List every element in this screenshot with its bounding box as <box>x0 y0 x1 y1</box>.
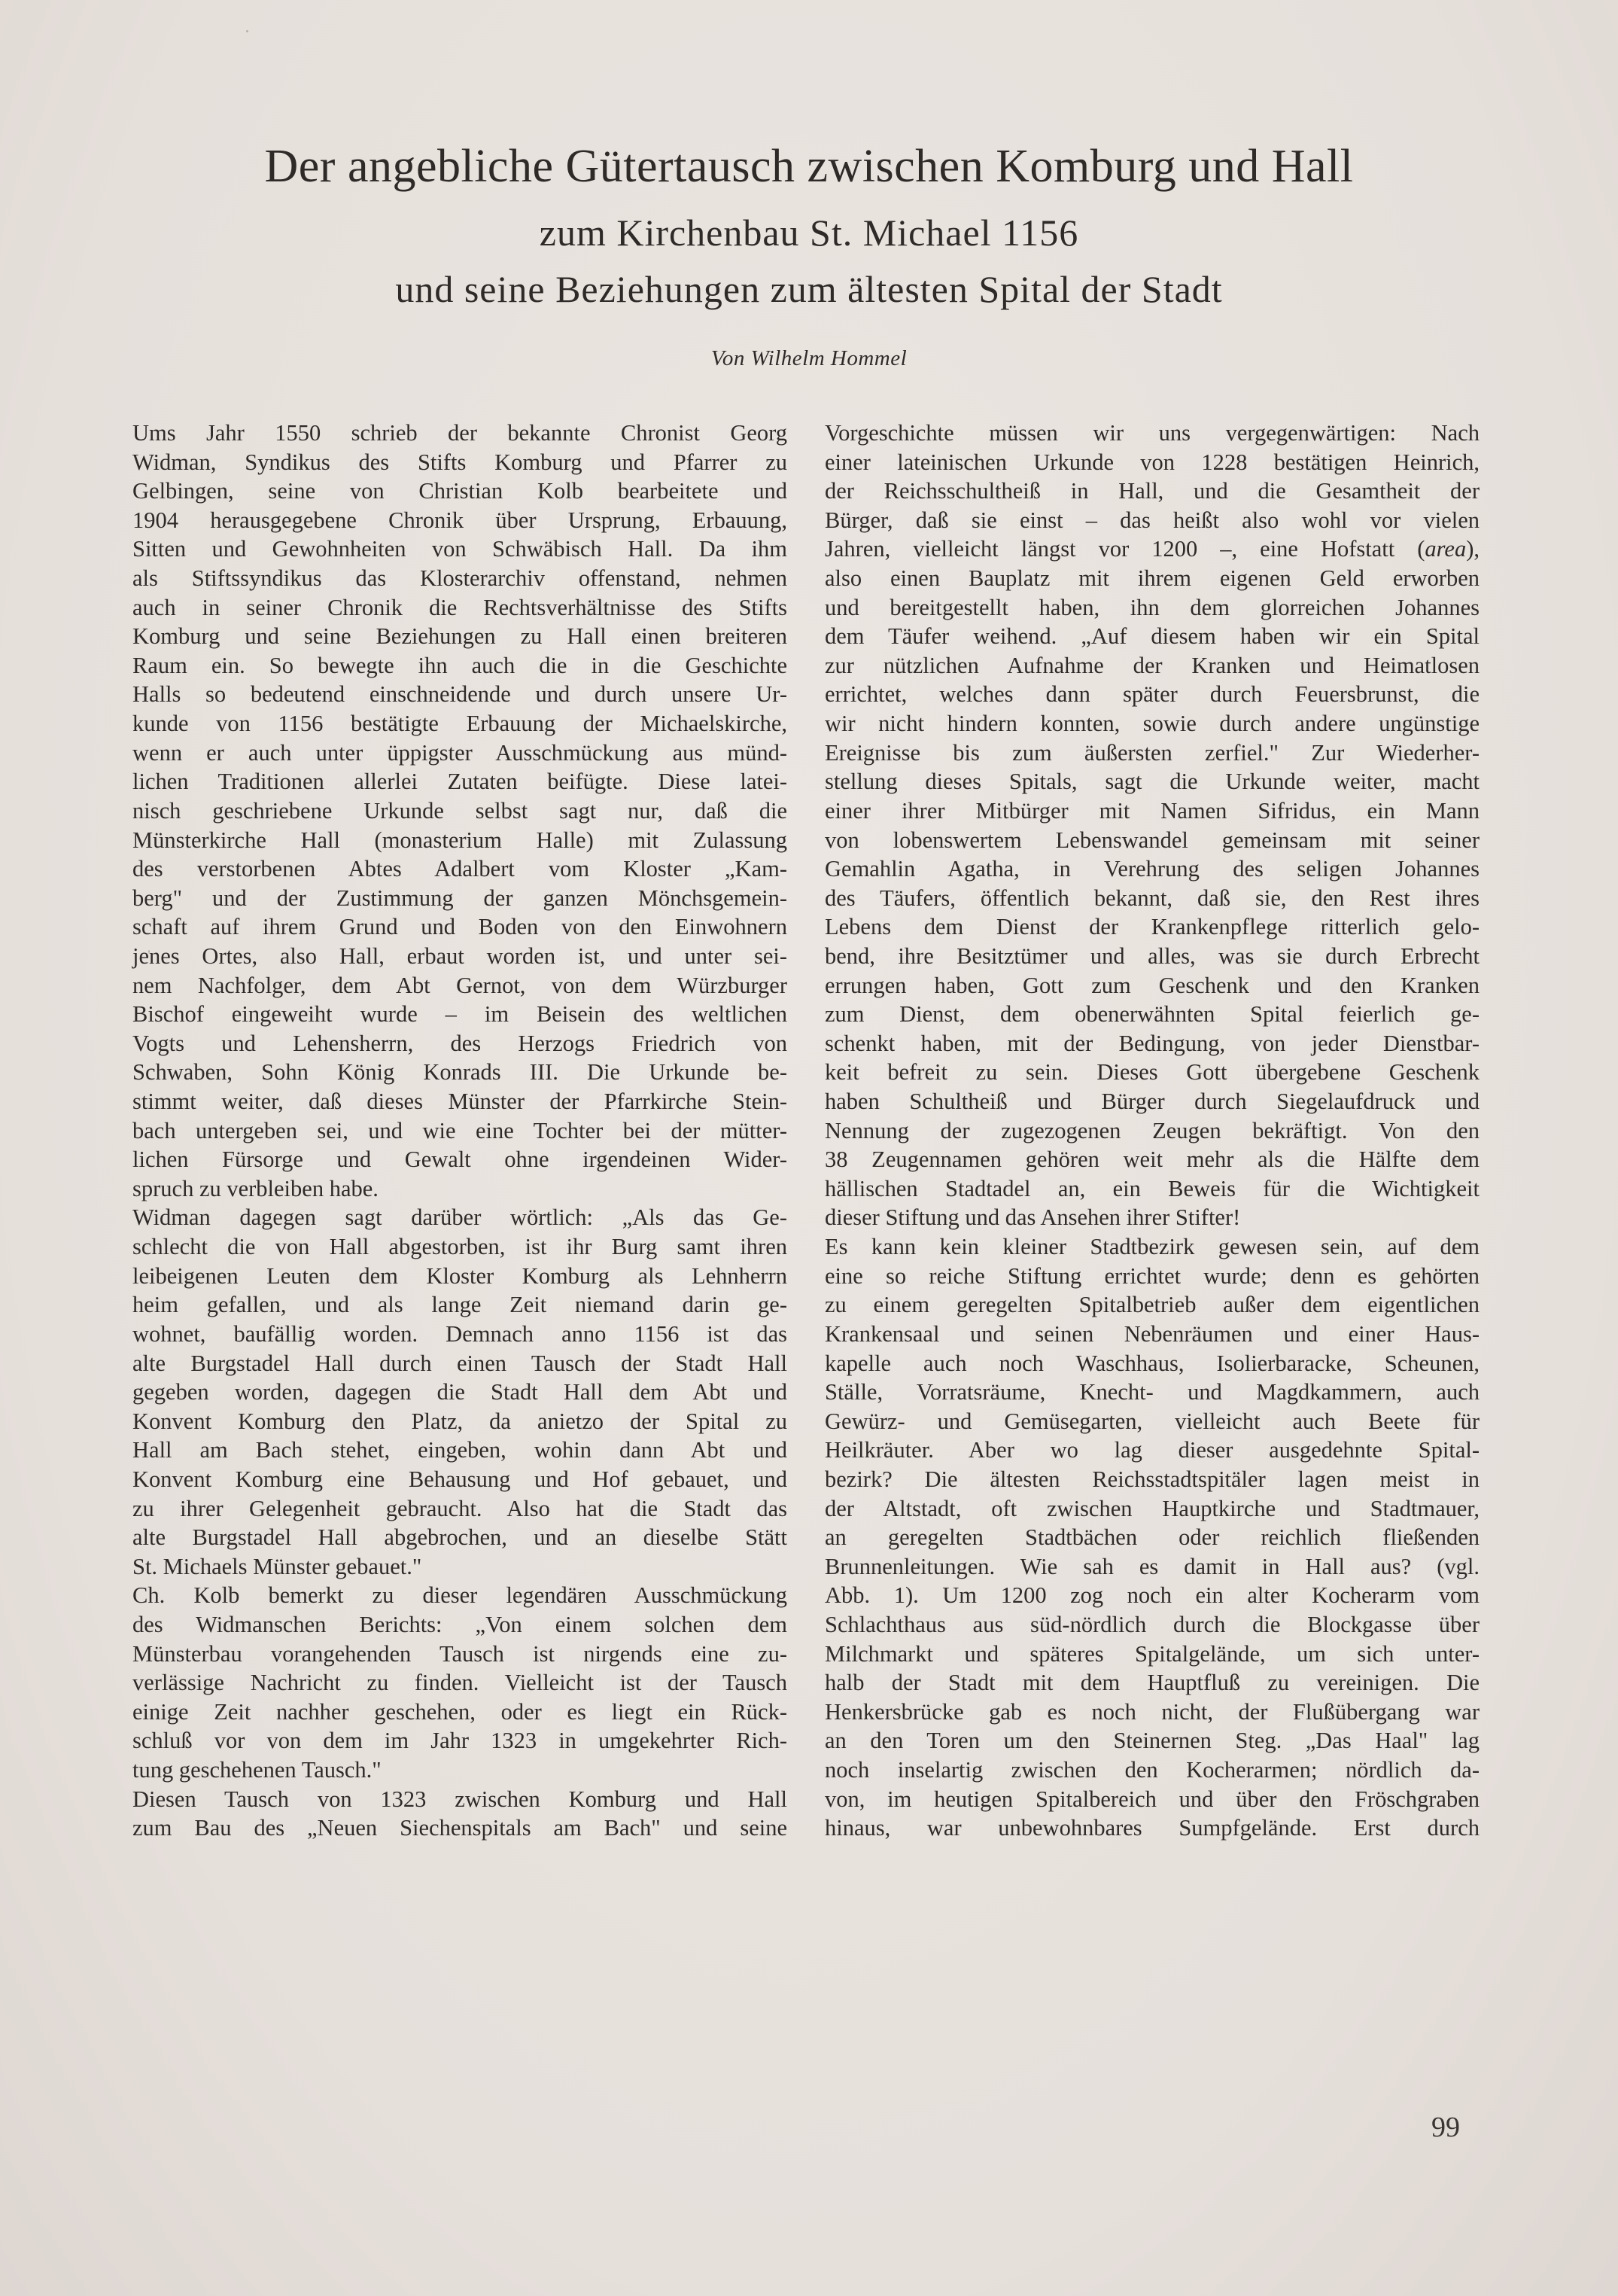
text-line: nisch geschriebene Urkunde selbst sagt n… <box>132 796 787 826</box>
text-line: der Altstadt, oft zwischen Hauptkirche u… <box>825 1494 1480 1524</box>
text-line: bend, ihre Besitztümer und alles, was si… <box>825 942 1480 971</box>
text-line: Vogts und Lehensherrn, des Herzogs Fried… <box>132 1029 787 1058</box>
text-line: noch inselartig zwischen den Kocherarmen… <box>825 1755 1480 1785</box>
text-line: Sitten und Gewohnheiten von Schwäbisch H… <box>132 534 787 564</box>
text-line: keit befreit zu sein. Dieses Gott überge… <box>825 1058 1480 1087</box>
text-line: schenkt haben, mit der Bedingung, von je… <box>825 1029 1480 1058</box>
text-line: heim gefallen, und als lange Zeit nieman… <box>132 1290 787 1320</box>
text-line: der Reichsschultheiß in Hall, und die Ge… <box>825 477 1480 506</box>
text-line: jenes Ortes, also Hall, erbaut worden is… <box>132 942 787 971</box>
text-line: hällischen Stadtadel an, ein Beweis für … <box>825 1174 1480 1204</box>
document-page: Der angebliche Gütertausch zwischen Komb… <box>0 0 1618 2296</box>
text-line: von, im heutigen Spitalbereich und über … <box>825 1785 1480 1814</box>
text-line: St. Michaels Münster gebauet." <box>132 1552 787 1582</box>
text-line: Widman dagegen sagt darüber wörtlich: „A… <box>132 1203 787 1232</box>
text-line: Münsterbau vorangehenden Tausch ist nirg… <box>132 1640 787 1669</box>
text-line: Gemahlin Agatha, in Verehrung des selige… <box>825 854 1480 884</box>
text-line: Schlachthaus aus süd-nördlich durch die … <box>825 1610 1480 1640</box>
text-line: von lobenswertem Lebenswandel gemeinsam … <box>825 826 1480 855</box>
text-line: Henkersbrücke gab es noch nicht, der Flu… <box>825 1698 1480 1727</box>
text-line: also einen Bauplatz mit ihrem eigenen Ge… <box>825 564 1480 593</box>
article-title: Der angebliche Gütertausch zwischen Komb… <box>0 140 1618 193</box>
text-line: an geregelten Stadtbächen oder reichlich… <box>825 1523 1480 1552</box>
text-line: errichtet, welches dann später durch Feu… <box>825 680 1480 709</box>
text-line: schlecht die von Hall abgestorben, ist i… <box>132 1232 787 1262</box>
text-line: Komburg und seine Beziehungen zu Hall ei… <box>132 622 787 651</box>
text-line: 1904 herausgegebene Chronik über Ursprun… <box>132 506 787 535</box>
text-line: kunde von 1156 bestätigte Erbauung der M… <box>132 709 787 738</box>
text-line: tung geschehenen Tausch." <box>132 1755 787 1785</box>
text-line: Halls so bedeutend einschneidende und du… <box>132 680 787 709</box>
text-line: zum Bau des „Neuen Siechenspitals am Bac… <box>132 1813 787 1843</box>
text-line: des Widmanschen Berichts: „Von einem sol… <box>132 1610 787 1640</box>
text-line: Konvent Komburg eine Behausung und Hof g… <box>132 1465 787 1494</box>
text-line: alte Burgstadel Hall abgebrochen, und an… <box>132 1523 787 1552</box>
text-line: schluß vor von dem im Jahr 1323 in umgek… <box>132 1726 787 1755</box>
text-column-left: Ums Jahr 1550 schrieb der bekannte Chron… <box>132 419 787 1843</box>
text-line: wenn er auch unter üppigster Ausschmücku… <box>132 738 787 768</box>
text-line: Münsterkirche Hall (monasterium Halle) m… <box>132 826 787 855</box>
text-line: Heilkräuter. Aber wo lag dieser ausgedeh… <box>825 1436 1480 1465</box>
text-line: Gewürz- und Gemüsegarten, vielleicht auc… <box>825 1407 1480 1436</box>
text-line: Ums Jahr 1550 schrieb der bekannte Chron… <box>132 419 787 448</box>
text-line: einer ihrer Mitbürger mit Namen Sifridus… <box>825 796 1480 826</box>
text-line: schaft auf ihrem Grund und Boden von den… <box>132 912 787 942</box>
text-line: zu einem geregelten Spitalbetrieb außer … <box>825 1290 1480 1320</box>
article-subtitle-line-2: und seine Beziehungen zum ältesten Spita… <box>0 267 1618 311</box>
paper-speck <box>148 950 150 953</box>
text-line: Jahren, vielleicht längst vor 1200 –, ei… <box>825 534 1480 564</box>
text-line: wir nicht hindern konnten, sowie durch a… <box>825 709 1480 738</box>
text-line: gegeben worden, dagegen die Stadt Hall d… <box>132 1378 787 1407</box>
text-line: als Stiftssyndikus das Klosterarchiv off… <box>132 564 787 593</box>
text-line: nem Nachfolger, dem Abt Gernot, von dem … <box>132 971 787 1000</box>
text-line: zu ihrer Gelegenheit gebraucht. Also hat… <box>132 1494 787 1524</box>
text-line: stimmt weiter, daß dieses Münster der Pf… <box>132 1087 787 1116</box>
text-line: Widman, Syndikus des Stifts Komburg und … <box>132 448 787 477</box>
text-line: alte Burgstadel Hall durch einen Tausch … <box>132 1349 787 1378</box>
text-line: Gelbingen, seine von Christian Kolb bear… <box>132 477 787 506</box>
text-line: zum Dienst, dem obenerwähnten Spital fei… <box>825 1000 1480 1029</box>
text-line: Es kann kein kleiner Stadtbezirk gewesen… <box>825 1232 1480 1262</box>
text-line: Raum ein. So bewegte ihn auch die in die… <box>132 651 787 681</box>
article-subtitle-line-1: zum Kirchenbau St. Michael 1156 <box>0 211 1618 254</box>
text-line: wohnet, baufällig worden. Demnach anno 1… <box>132 1320 787 1349</box>
text-line: hinaus, war unbewohnbares Sumpfgelände. … <box>825 1813 1480 1843</box>
paper-speck <box>246 30 248 32</box>
text-line: haben Schultheiß und Bürger durch Siegel… <box>825 1087 1480 1116</box>
text-line: 38 Zeugennamen gehören weit mehr als die… <box>825 1145 1480 1174</box>
text-line: Ereignisse bis zum äußersten zerfiel." Z… <box>825 738 1480 768</box>
text-line: Lebens dem Dienst der Krankenpflege ritt… <box>825 912 1480 942</box>
text-line: Krankensaal und seinen Nebenräumen und e… <box>825 1320 1480 1349</box>
text-line: Milchmarkt und späteres Spitalgelände, u… <box>825 1640 1480 1669</box>
text-line: kapelle auch noch Waschhaus, Isolierbara… <box>825 1349 1480 1378</box>
text-line: und bereitgestellt haben, ihn dem glorre… <box>825 593 1480 623</box>
text-line: Vorgeschichte müssen wir uns vergegenwär… <box>825 419 1480 448</box>
text-line: des verstorbenen Abtes Adalbert vom Klos… <box>132 854 787 884</box>
text-line: Ställe, Vorratsräume, Knecht- und Magdka… <box>825 1378 1480 1407</box>
text-line: Diesen Tausch von 1323 zwischen Komburg … <box>132 1785 787 1814</box>
page-number: 99 <box>1431 2111 1460 2144</box>
text-line: leibeigenen Leuten dem Kloster Komburg a… <box>132 1262 787 1291</box>
text-line: Hall am Bach stehet, eingeben, wohin dan… <box>132 1436 787 1465</box>
text-line: zur nützlichen Aufnahme der Kranken und … <box>825 651 1480 681</box>
text-line: Brunnenleitungen. Wie sah es damit in Ha… <box>825 1552 1480 1582</box>
text-line: Schwaben, Sohn König Konrads III. Die Ur… <box>132 1058 787 1087</box>
text-line: Nennung der zugezogenen Zeugen bekräftig… <box>825 1116 1480 1146</box>
text-line: Konvent Komburg den Platz, da anietzo de… <box>132 1407 787 1436</box>
latin-term: area <box>1425 536 1466 562</box>
text-line: dem Täufer weihend. „Auf diesem haben wi… <box>825 622 1480 651</box>
text-line: eine so reiche Stiftung errichtet wurde;… <box>825 1262 1480 1291</box>
text-line: auch in seiner Chronik die Rechtsverhält… <box>132 593 787 623</box>
text-line: lichen Fürsorge und Gewalt ohne irgendei… <box>132 1145 787 1174</box>
text-line: spruch zu verbleiben habe. <box>132 1174 787 1204</box>
text-line: halb der Stadt mit dem Hauptfluß zu vere… <box>825 1668 1480 1698</box>
text-column-right: Vorgeschichte müssen wir uns vergegenwär… <box>825 419 1480 1843</box>
text-line: bach untergeben sei, und wie eine Tochte… <box>132 1116 787 1146</box>
text-line: an den Toren um den Steinernen Steg. „Da… <box>825 1726 1480 1755</box>
text-line: berg" und der Zustimmung der ganzen Mönc… <box>132 884 787 913</box>
text-line: Bischof eingeweiht wurde – im Beisein de… <box>132 1000 787 1029</box>
text-line: errungen haben, Gott zum Geschenk und de… <box>825 971 1480 1000</box>
text-line: einige Zeit nachher geschehen, oder es l… <box>132 1698 787 1727</box>
text-line: Bürger, daß sie einst – das heißt also w… <box>825 506 1480 535</box>
text-line: verlässige Nachricht zu finden. Vielleic… <box>132 1668 787 1698</box>
text-line: lichen Traditionen allerlei Zutaten beif… <box>132 767 787 796</box>
text-line: Abb. 1). Um 1200 zog noch ein alter Koch… <box>825 1581 1480 1610</box>
text-line: einer lateinischen Urkunde von 1228 best… <box>825 448 1480 477</box>
author-byline: Von Wilhelm Hommel <box>0 346 1618 371</box>
text-line: dieser Stiftung und das Ansehen ihrer St… <box>825 1203 1480 1232</box>
text-line: des Täufers, öffentlich bekannt, daß sie… <box>825 884 1480 913</box>
text-line: stellung dieses Spitals, sagt die Urkund… <box>825 767 1480 796</box>
text-line: bezirk? Die ältesten Reichsstadtspitäler… <box>825 1465 1480 1494</box>
text-line: Ch. Kolb bemerkt zu dieser legendären Au… <box>132 1581 787 1610</box>
